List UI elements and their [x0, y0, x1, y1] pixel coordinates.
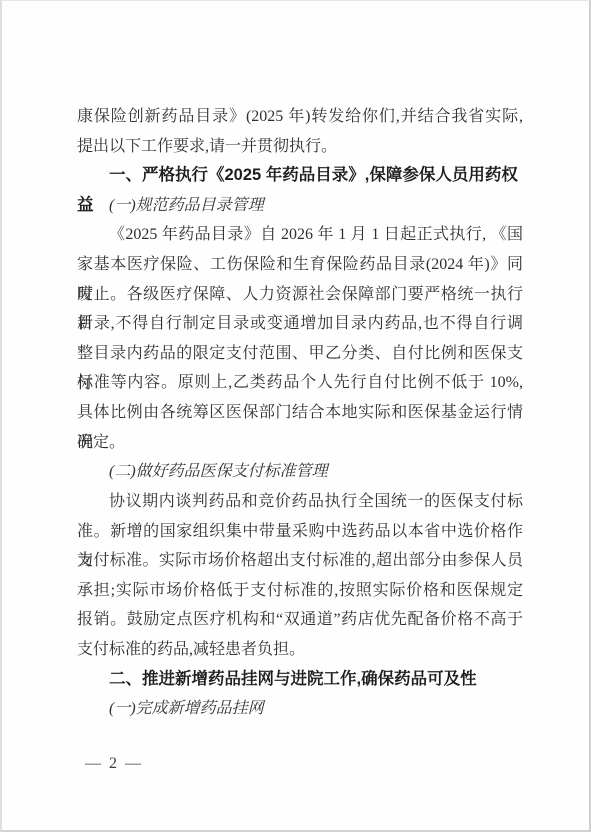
doc-line: 支付标准的药品,减轻患者负担。 — [77, 635, 523, 665]
doc-line: 目录,不得自行制定目录或变通增加目录内药品,也不得自行调 — [77, 309, 523, 339]
doc-line: 《2025 年药品目录》自 2026 年 1 月 1 日起正式执行, 《国 — [77, 220, 523, 250]
section-heading-1: 一、严格执行《2025 年药品目录》,保障参保人员用药权益 — [77, 161, 523, 191]
doc-line: 准。新增的国家组织集中带量采购中选药品以本省中选价格作为 — [77, 517, 523, 547]
section-heading-2: 二、推进新增药品挂网与进院工作,确保药品可及性 — [77, 665, 523, 695]
doc-line: 承担;实际市场价格低于支付标准的,按照实际价格和医保规定 — [77, 576, 523, 606]
document-body: 康保险创新药品目录》(2025 年)转发给你们,并结合我省实际, 提出以下工作要… — [77, 102, 523, 724]
doc-line: 废止。各级医疗保障、人力资源社会保障部门要严格统一执行新 — [77, 280, 523, 310]
page-number: — 2 — — [85, 754, 143, 774]
doc-line: 标准等内容。原则上,乙类药品个人先行自付比例不低于 10%, — [77, 368, 523, 398]
doc-line: 整目录内药品的限定支付范围、甲乙分类、自付比例和医保支付 — [77, 339, 523, 369]
doc-line: 提出以下工作要求,请一并贯彻执行。 — [77, 132, 523, 162]
doc-line: 协议期内谈判药品和竞价药品执行全国统一的医保支付标 — [77, 487, 523, 517]
doc-line: 支付标准。实际市场价格超出支付标准的,超出部分由参保人员 — [77, 546, 523, 576]
subsection-heading: (一)完成新增药品挂网 — [77, 694, 523, 724]
doc-line: 确定。 — [77, 428, 523, 458]
doc-line: 具体比例由各统筹区医保部门结合本地实际和医保基金运行情况 — [77, 398, 523, 428]
doc-line: 报销。鼓励定点医疗机构和“双通道”药店优先配备价格不高于 — [77, 605, 523, 635]
subsection-heading: (二)做好药品医保支付标准管理 — [77, 457, 523, 487]
doc-line: 康保险创新药品目录》(2025 年)转发给你们,并结合我省实际, — [77, 102, 523, 132]
subsection-heading: (一)规范药品目录管理 — [77, 191, 523, 221]
doc-line: 家基本医疗保险、工伤保险和生育保险药品目录(2024 年)》同时 — [77, 250, 523, 280]
scanned-document-page: 康保险创新药品目录》(2025 年)转发给你们,并结合我省实际, 提出以下工作要… — [0, 0, 591, 832]
